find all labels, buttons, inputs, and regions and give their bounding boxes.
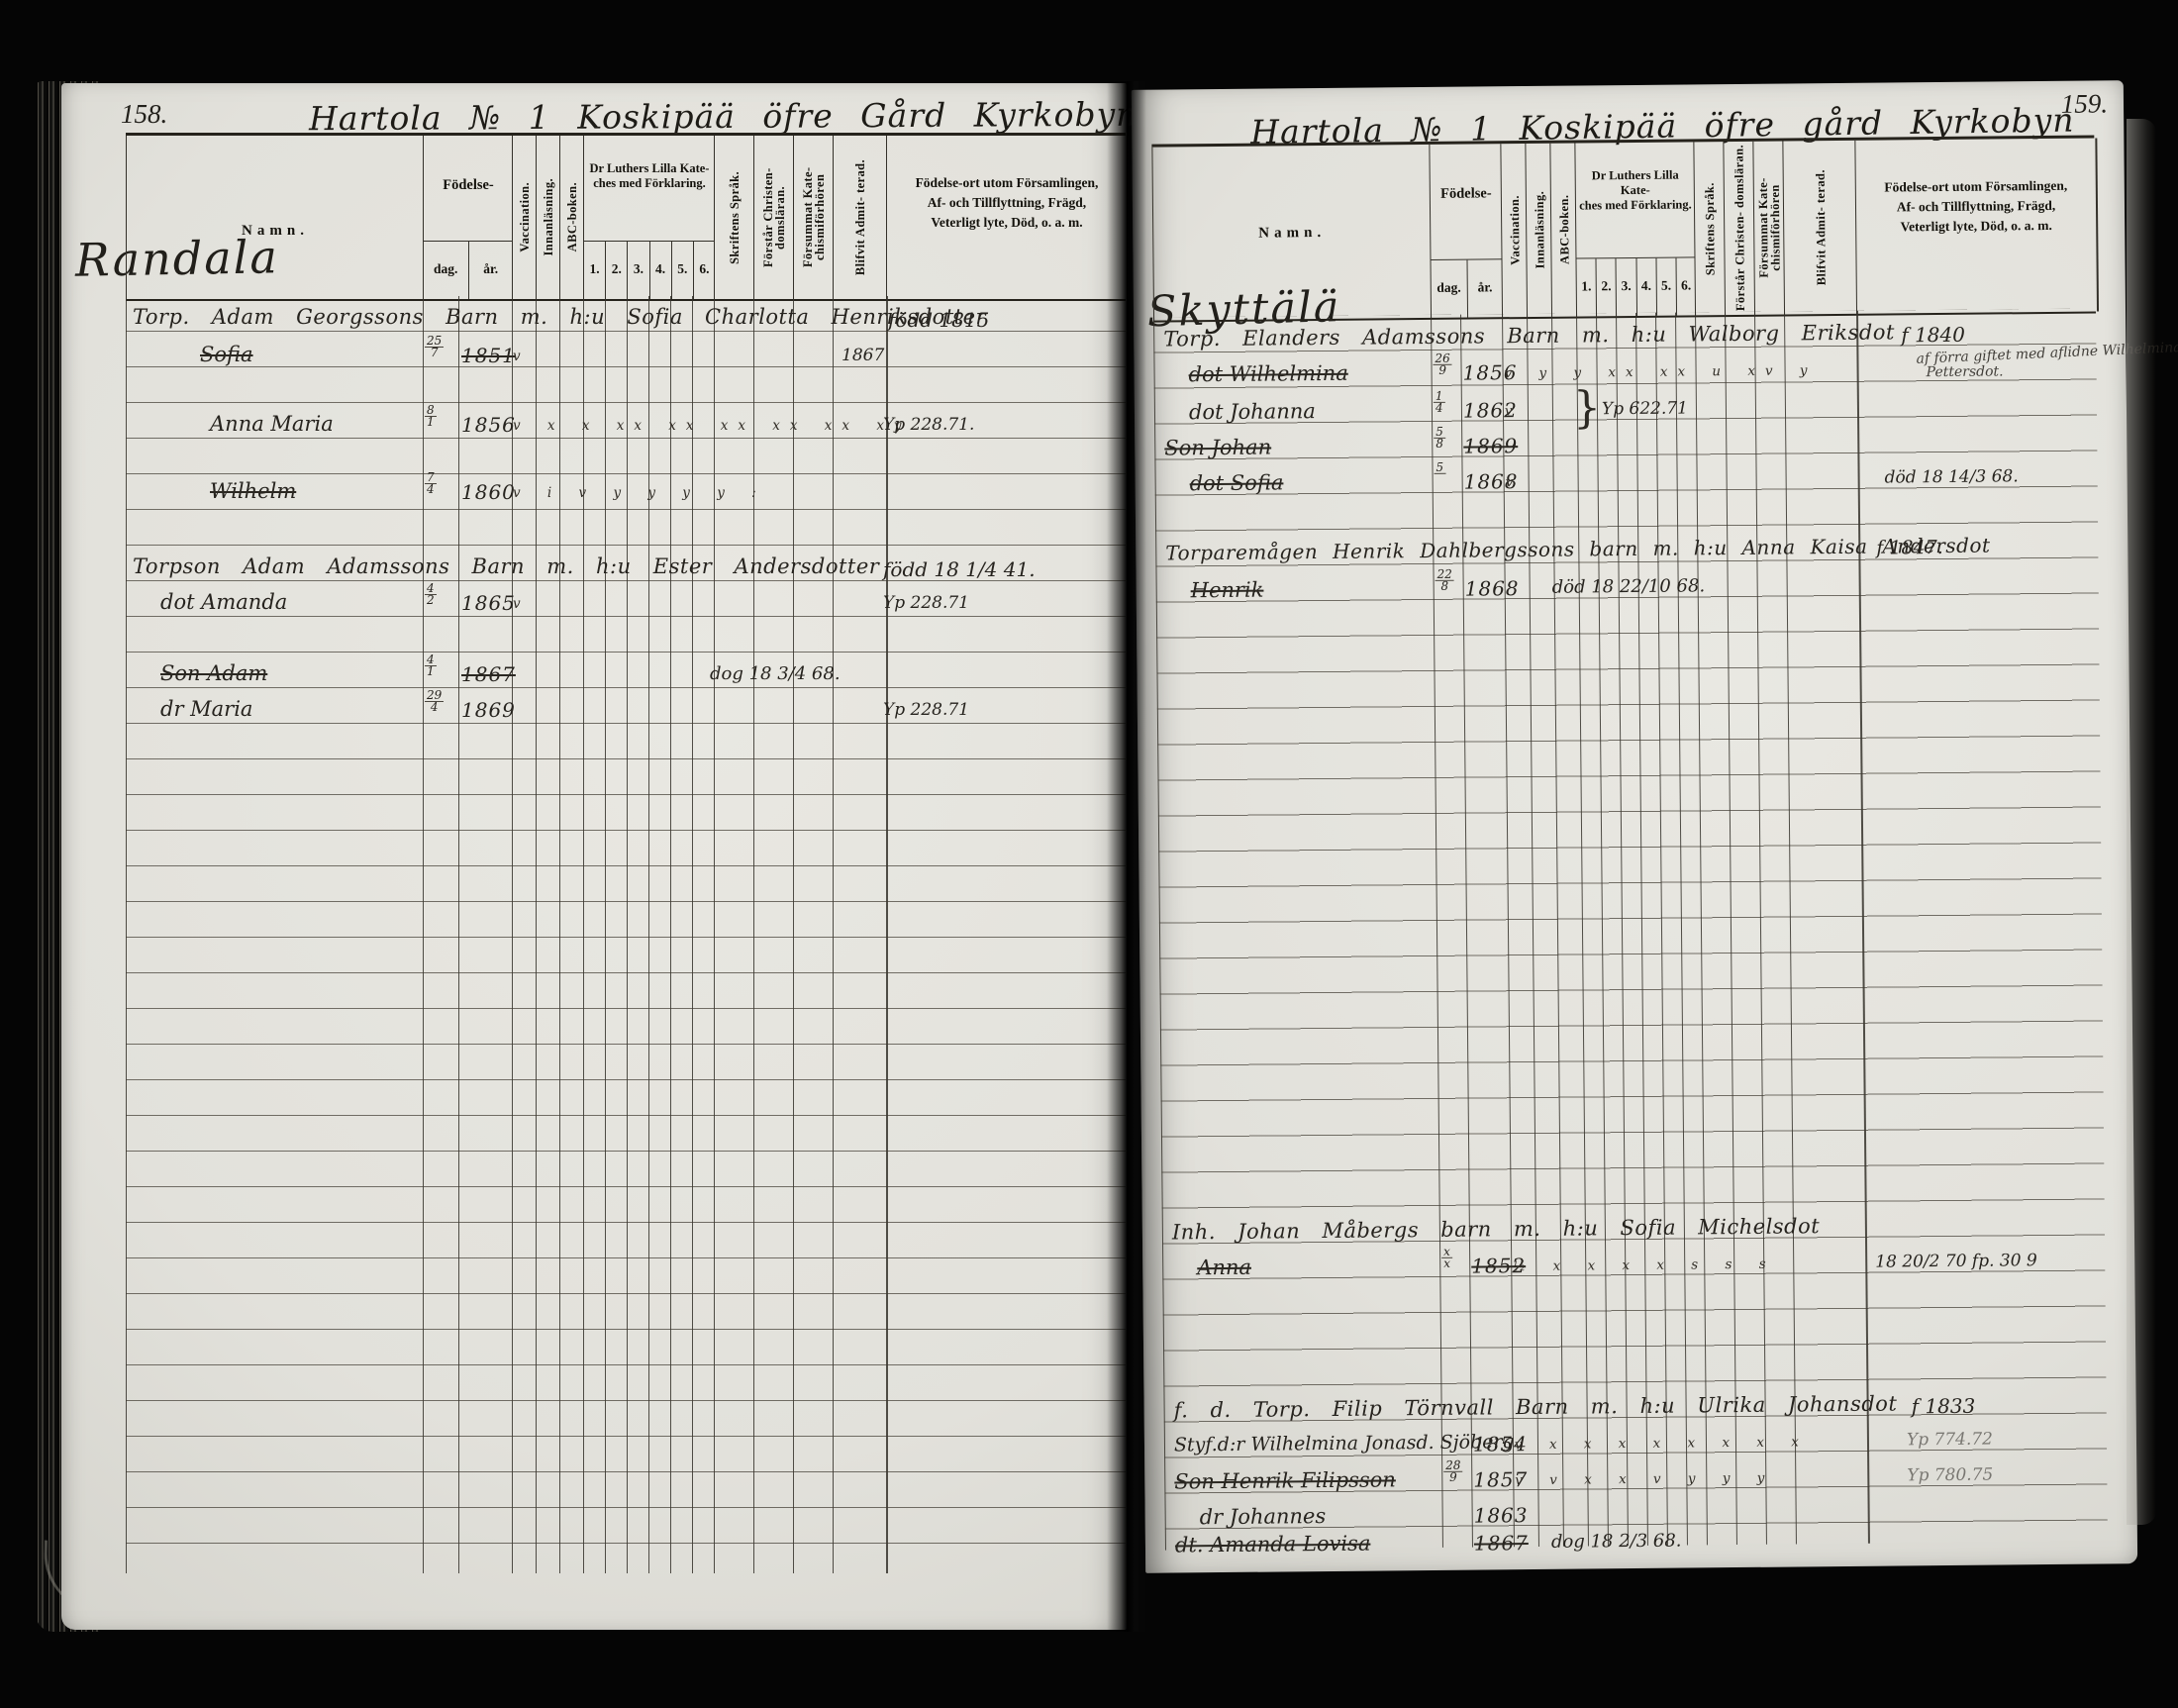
birth-day: 228 xyxy=(1435,569,1454,592)
entry-name: dot Sofia xyxy=(1190,470,1284,495)
exam-marks: ½ x x x x s s s xyxy=(1513,1256,1776,1275)
register-row-family-header: Torp. Adam Georgssons Barn m. h:u Sofia … xyxy=(61,305,1127,339)
table-header-left: Namn. Födelse- dag. år. Vaccination. Inn… xyxy=(126,133,1126,301)
birth-year: 1851 xyxy=(461,344,516,367)
birth-day: 5 xyxy=(1434,462,1445,474)
exam-marks: v i v y y y y : xyxy=(513,485,766,501)
register-row: Wilhelm 74 1860 v i v y y y y : xyxy=(61,479,1127,513)
entry-name: Son Adam xyxy=(160,661,267,685)
margin-note: Yp 622.71 xyxy=(1602,398,1688,419)
exam-marks: v v x x v y y y xyxy=(1515,1470,1774,1489)
col-header-ar: år. xyxy=(1466,259,1503,317)
col-header-dag: dag. xyxy=(1431,260,1466,318)
exam-marks: v xyxy=(513,596,531,612)
entry-name: Anna Maria xyxy=(210,412,334,436)
col-header-blifvit-admitterad: Blifvit Admit- terad. xyxy=(1782,141,1857,315)
col-header-vaccination: Vaccination. xyxy=(512,136,537,299)
exam-marks: v x x x x x x x x xyxy=(1515,1434,1809,1453)
exam-marks: v xyxy=(1506,474,1524,490)
col-header-katekes: Dr Luthers Lilla Kate-ches med Förklarin… xyxy=(1574,142,1696,316)
ledger-page-right: 159. Hartola № 1 Koskipää öfre gård Kyrk… xyxy=(1132,80,2137,1573)
col-header-forsummat-katechismiforhoren: Försummat Kate- chismiförhören xyxy=(1752,142,1785,315)
register-row: Son Adam 41 1867 dog 18 3/4 68. xyxy=(61,661,1127,695)
col-header-innanlasning: Innanläsning. xyxy=(1525,144,1552,317)
birth-day: 289 xyxy=(1443,1460,1463,1483)
book-gutter-shadow xyxy=(1107,81,1146,1632)
entry-name: dr Johannes xyxy=(1200,1504,1327,1529)
register-row-family-header: Torpson Adam Adamssons Barn m. h:u Ester… xyxy=(61,554,1127,588)
death-note: dog 18 3/4 68. xyxy=(710,663,841,684)
col-header-namn: Namn. xyxy=(126,136,424,299)
col-header-k2: 2. xyxy=(1596,258,1617,316)
birth-year: 1863 xyxy=(1474,1503,1529,1528)
col-header-skriftens-sprak: Skriftens Språk. xyxy=(714,136,754,299)
birth-day: 294 xyxy=(425,690,444,713)
entry-name: Wilhelm xyxy=(210,479,296,503)
margin-note: 18 20/2 70 fp. 30 9 xyxy=(1875,1251,2037,1272)
entry-name: dot Johanna xyxy=(1189,399,1316,424)
col-header-dag: dag. xyxy=(424,242,468,299)
register-row: Sofia 257 1851 v 1867 xyxy=(61,343,1127,376)
birth-year: 1869 xyxy=(1463,434,1518,458)
birth-year: 1856 xyxy=(461,413,516,437)
birth-day: 257 xyxy=(425,336,444,358)
col-header-k3: 3. xyxy=(1616,258,1636,316)
col-header-fodelse: Födelse- dag. år. xyxy=(1429,144,1503,318)
margin-note: f 1833 xyxy=(1912,1394,1976,1419)
margin-note: Yp 228.71. xyxy=(883,415,974,435)
col-header-skriftens-sprak: Skriftens Språk. xyxy=(1693,142,1726,315)
col-header-k6: 6. xyxy=(1675,257,1696,315)
register-row: Anna Maria 81 1856 v x x xx xx xx xx xx … xyxy=(61,412,1127,446)
col-header-k1: 1. xyxy=(584,242,605,299)
col-header-abc-boken: ABC-boken. xyxy=(559,136,584,299)
margin-note: Yp 774.72 xyxy=(1907,1430,1993,1451)
death-note: dog 18 2/3 68. xyxy=(1551,1531,1682,1553)
margin-note: f 1840 xyxy=(1901,323,1965,348)
death-note: död 18 14/3 68. xyxy=(1885,466,2019,487)
margin-note: Yp 780.75 xyxy=(1907,1465,1993,1486)
col-header-k5: 5. xyxy=(1655,258,1676,316)
table-header-right: Namn. Födelse- dag. år. Vaccination. Inn… xyxy=(1151,136,2096,323)
birth-year: 1869 xyxy=(461,698,516,722)
exam-marks: v xyxy=(513,349,531,364)
birth-day: 42 xyxy=(425,583,437,606)
entry-name: Torpson Adam Adamssons Barn m. h:u Ester… xyxy=(133,554,879,578)
register-row: dr Maria 294 1869 Yp 228.71 xyxy=(61,697,1127,731)
entry-name: Son Henrik Filipsson xyxy=(1174,1467,1396,1493)
col-header-k3: 3. xyxy=(627,242,648,299)
col-header-k1: 1. xyxy=(1576,258,1596,316)
exam-marks: v x x xx xx xx xx xx xy xyxy=(513,418,912,434)
col-header-k4: 4. xyxy=(649,242,671,299)
birth-day: 41 xyxy=(425,654,437,677)
exam-marks: v y y xx xx u xv y xyxy=(1505,362,1818,381)
col-header-forstar-christendomslaran: Förstår Christen- domsläran. xyxy=(753,136,794,299)
margin-note: född 1815 xyxy=(888,308,989,332)
birth-day: xx xyxy=(1441,1247,1452,1269)
entry-name: dot Amanda xyxy=(160,590,287,614)
col-header-innanlasning: Innanläsning. xyxy=(536,136,560,299)
col-header-k2: 2. xyxy=(605,242,627,299)
birth-day: 74 xyxy=(425,472,437,495)
entry-name: Torp. Adam Georgssons Barn m. h:u Sofia … xyxy=(133,305,986,329)
entry-name: dt. Amanda Lovisa xyxy=(1175,1532,1371,1557)
col-header-abc-boken: ABC-boken. xyxy=(1549,144,1577,317)
right-page-curl-edge xyxy=(2127,119,2156,1525)
col-header-forsummat-katechismiforhoren: Försummat Kate- chismiförhören xyxy=(793,136,834,299)
entry-name: Anna xyxy=(1197,1256,1251,1280)
register-row: dot Amanda 42 1865 v Yp 228.71 xyxy=(61,590,1127,624)
birth-day: 81 xyxy=(425,405,437,428)
entry-name: dot Wilhelmina xyxy=(1188,361,1347,387)
entry-name: Sofia xyxy=(200,343,253,366)
col-header-katekes: Dr Luthers Lilla Kate-ches med Förklarin… xyxy=(583,136,715,299)
entry-name: Inh. Johan Måbergs barn m. h:u Sofia Mic… xyxy=(1172,1214,1820,1244)
col-header-blifvit-admitterad: Blifvit Admit- terad. xyxy=(833,136,887,299)
page-number-left: 158. xyxy=(121,99,167,130)
death-note: död 18 22/10 68. xyxy=(1552,575,1706,597)
page-title-left: Hartola № 1 Koskipää öfre Gård Kyrkobyn xyxy=(309,95,1138,138)
exam-marks: v xyxy=(1505,403,1523,419)
margin-note: f 1847. xyxy=(1876,537,1943,559)
birth-day: 14 xyxy=(1434,391,1445,414)
birth-year: 1868 xyxy=(1465,576,1520,601)
col-header-namn: Namn. xyxy=(1151,145,1432,321)
birth-year: 1865 xyxy=(461,591,516,615)
col-header-k4: 4. xyxy=(1635,258,1656,316)
scanned-book-spread: 158. Hartola № 1 Koskipää öfre Gård Kyrk… xyxy=(0,0,2178,1708)
entry-name: Son Johan xyxy=(1164,436,1271,460)
grouping-brace: } xyxy=(1573,382,1601,433)
margin-note: född 18 1/4 41. xyxy=(883,557,1036,581)
col-header-ar: år. xyxy=(468,242,514,299)
birth-year: 1867 xyxy=(1474,1531,1529,1556)
birth-day: 269 xyxy=(1433,353,1452,376)
ledger-page-left: 158. Hartola № 1 Koskipää öfre Gård Kyrk… xyxy=(61,83,1127,1630)
margin-note: Yp 228.71 xyxy=(883,593,969,613)
col-header-k5: 5. xyxy=(671,242,693,299)
col-header-forstar-christendomslaran: Förstår Christen- domsläran. xyxy=(1723,142,1755,315)
admitted-year: 1867 xyxy=(841,346,884,365)
col-header-notes: Födelse-ort utom Församlingen,Af- och Ti… xyxy=(886,136,1129,299)
entry-name: Henrik xyxy=(1191,578,1264,603)
margin-note: Yp 228.71 xyxy=(883,700,969,720)
entry-name: Styf.d:r Wilhelmina Jonasd. Sjöberg xyxy=(1174,1431,1515,1456)
birth-year: 1860 xyxy=(461,480,516,504)
col-header-fodelse: Födelse- dag. år. xyxy=(423,136,513,299)
entry-name: dr Maria xyxy=(160,697,252,721)
birth-year: 1867 xyxy=(461,662,516,686)
birth-day: 58 xyxy=(1434,427,1445,450)
col-header-notes: Födelse-ort utom Församlingen,Af- och Ti… xyxy=(1854,138,2099,313)
col-header-k6: 6. xyxy=(693,242,715,299)
col-header-vaccination: Vaccination. xyxy=(1500,144,1528,317)
